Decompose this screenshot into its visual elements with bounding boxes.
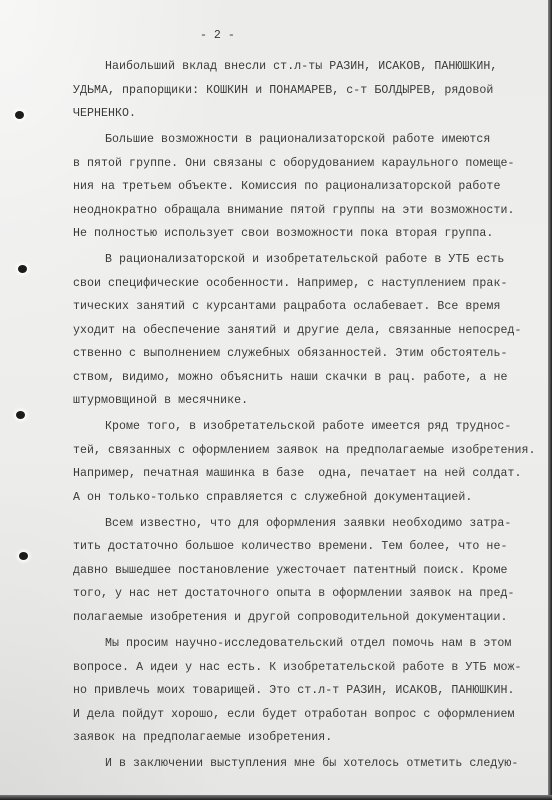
text-line: И в заключении выступления мне бы хотело… — [105, 756, 518, 772]
text-line: тических занятий с курсантами рацработа … — [73, 299, 500, 315]
text-line: Наибольший вклад внесли ст.л-ты РАЗИН, И… — [105, 59, 497, 75]
text-line: ния на третьем объекте. Комиссия по раци… — [73, 179, 500, 195]
punch-hole — [18, 265, 27, 273]
text-line: ЧЕРНЕНКО. — [73, 106, 136, 122]
text-line: Мы просим научно-исследовательский отдел… — [105, 636, 511, 652]
scan-edge-right — [548, 0, 552, 800]
text-line: в пятой группе. Они связаны с оборудован… — [73, 156, 514, 172]
text-line: Не полностью использует свои возможности… — [73, 226, 493, 242]
text-line: свои специфические особенности. Например… — [73, 276, 507, 292]
text-line: полагаемые изобретения и другой сопровод… — [73, 610, 507, 626]
document-page: - 2 - Наибольший вклад внесли ст.л-ты РА… — [0, 0, 548, 795]
text-line: того, у нас нет достаточного опыта в офо… — [73, 586, 514, 602]
punch-hole — [19, 552, 28, 560]
punch-hole — [16, 411, 25, 419]
text-line: Например, печатная машинка в базе одна, … — [73, 466, 521, 482]
text-line: тить достаточно большое количество време… — [73, 539, 507, 555]
text-line: Всем известно, что для оформления заявки… — [105, 516, 511, 532]
text-line: заявок на предполагаемые изобретения. — [73, 730, 332, 746]
text-line: но привлечь моих товарищей. Это ст.л-т Р… — [73, 683, 514, 699]
text-line: УДЬМА, прапорщики: КОШКИН и ПОНАМАРЕВ, с… — [73, 83, 493, 99]
text-line: И дела пойдут хорошо, если будет отработ… — [73, 707, 514, 723]
text-line: тей, связанных с оформлением заявок на п… — [73, 443, 536, 459]
text-line: штурмовщиной в месячнике. — [73, 393, 248, 409]
text-line: уходит на обеспечение занятий и другие д… — [73, 323, 521, 339]
text-line: Кроме того, в изобретательской работе им… — [105, 419, 511, 435]
text-line: давно вышедшее постановление ужесточает … — [73, 563, 507, 579]
punch-hole — [15, 111, 24, 119]
text-line: Большие возможности в рационализаторской… — [105, 132, 490, 148]
typewritten-body: Наибольший вклад внесли ст.л-ты РАЗИН, И… — [73, 0, 548, 416]
text-line: В рационализаторской и изобретательской … — [105, 252, 504, 268]
text-line: вопросе. А идеи у нас есть. К изобретате… — [73, 660, 521, 676]
text-line: ственно с выполнением служебных обязанно… — [73, 346, 507, 362]
text-line: ством, видимо, можно объяснить наши скач… — [73, 370, 507, 386]
scan-edge-bottom — [0, 795, 552, 800]
text-line: А он только-только справляется с служебн… — [73, 490, 472, 506]
text-line: неоднократно обращала внимание пятой гру… — [73, 203, 514, 219]
